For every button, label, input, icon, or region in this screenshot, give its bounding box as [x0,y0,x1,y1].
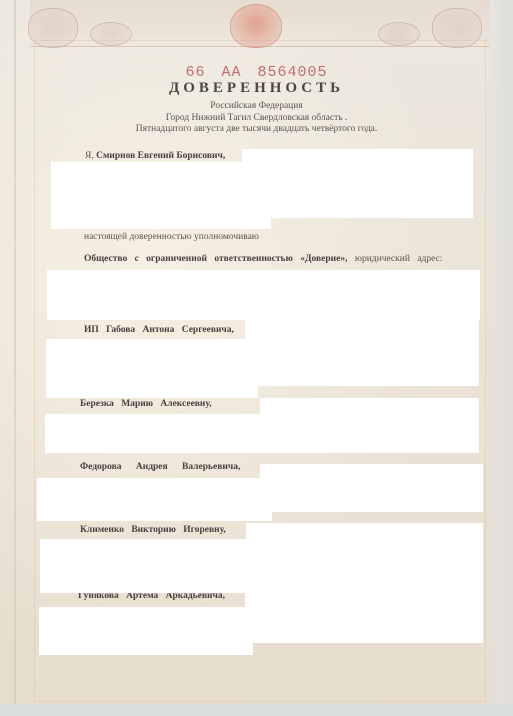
representative-4: Клименко Викторию Игоревну, [80,525,226,535]
rosette-left-icon [28,8,78,48]
principal-line: Я, Смирнов Евгений Борисович, [85,151,225,161]
rosette-right-icon [432,8,482,48]
redaction-block [242,149,473,218]
document-title: ДОВЕРЕННОСТЬ [0,80,513,97]
oval-ornament-icon [378,22,420,46]
organization-name: Общество с ограниченной ответственностью… [84,254,347,264]
redaction-block [39,607,253,655]
oval-ornament-icon [90,22,132,46]
scan-bottom-band [0,704,513,716]
country-line: Российская Федерация [0,101,513,111]
redaction-block [246,523,483,583]
redaction-block [46,339,258,398]
representative-2: Березка Марию Алексеевну, [80,399,212,409]
organization-suffix: юридический адрес: [347,254,442,264]
redaction-block [37,478,272,521]
redaction-block [40,539,250,593]
authorize-line: настоящей доверенностью уполномочиваю [84,232,259,242]
redaction-block [245,310,479,386]
redaction-block [260,464,483,512]
principal-prefix: Я, [85,151,96,161]
redaction-block [245,580,483,643]
redaction-block [51,162,271,229]
representative-1: ИП Габова Антона Сергеевича, [84,325,234,335]
form-serial-number: 66 АА 8564005 [0,64,513,81]
representative-3: Федорова Андрея Валерьевича, [80,462,240,472]
redaction-block [45,414,265,453]
organization-line: Общество с ограниченной ответственностью… [84,254,476,264]
principal-name: Смирнов Евгений Борисович, [96,151,225,161]
coat-of-arms-icon [230,4,282,48]
date-line: Пятнадцатого августа две тысячи двадцать… [0,124,513,134]
redaction-block [260,398,479,453]
city-line: Город Нижний Тагил Свердловская область … [0,113,513,123]
